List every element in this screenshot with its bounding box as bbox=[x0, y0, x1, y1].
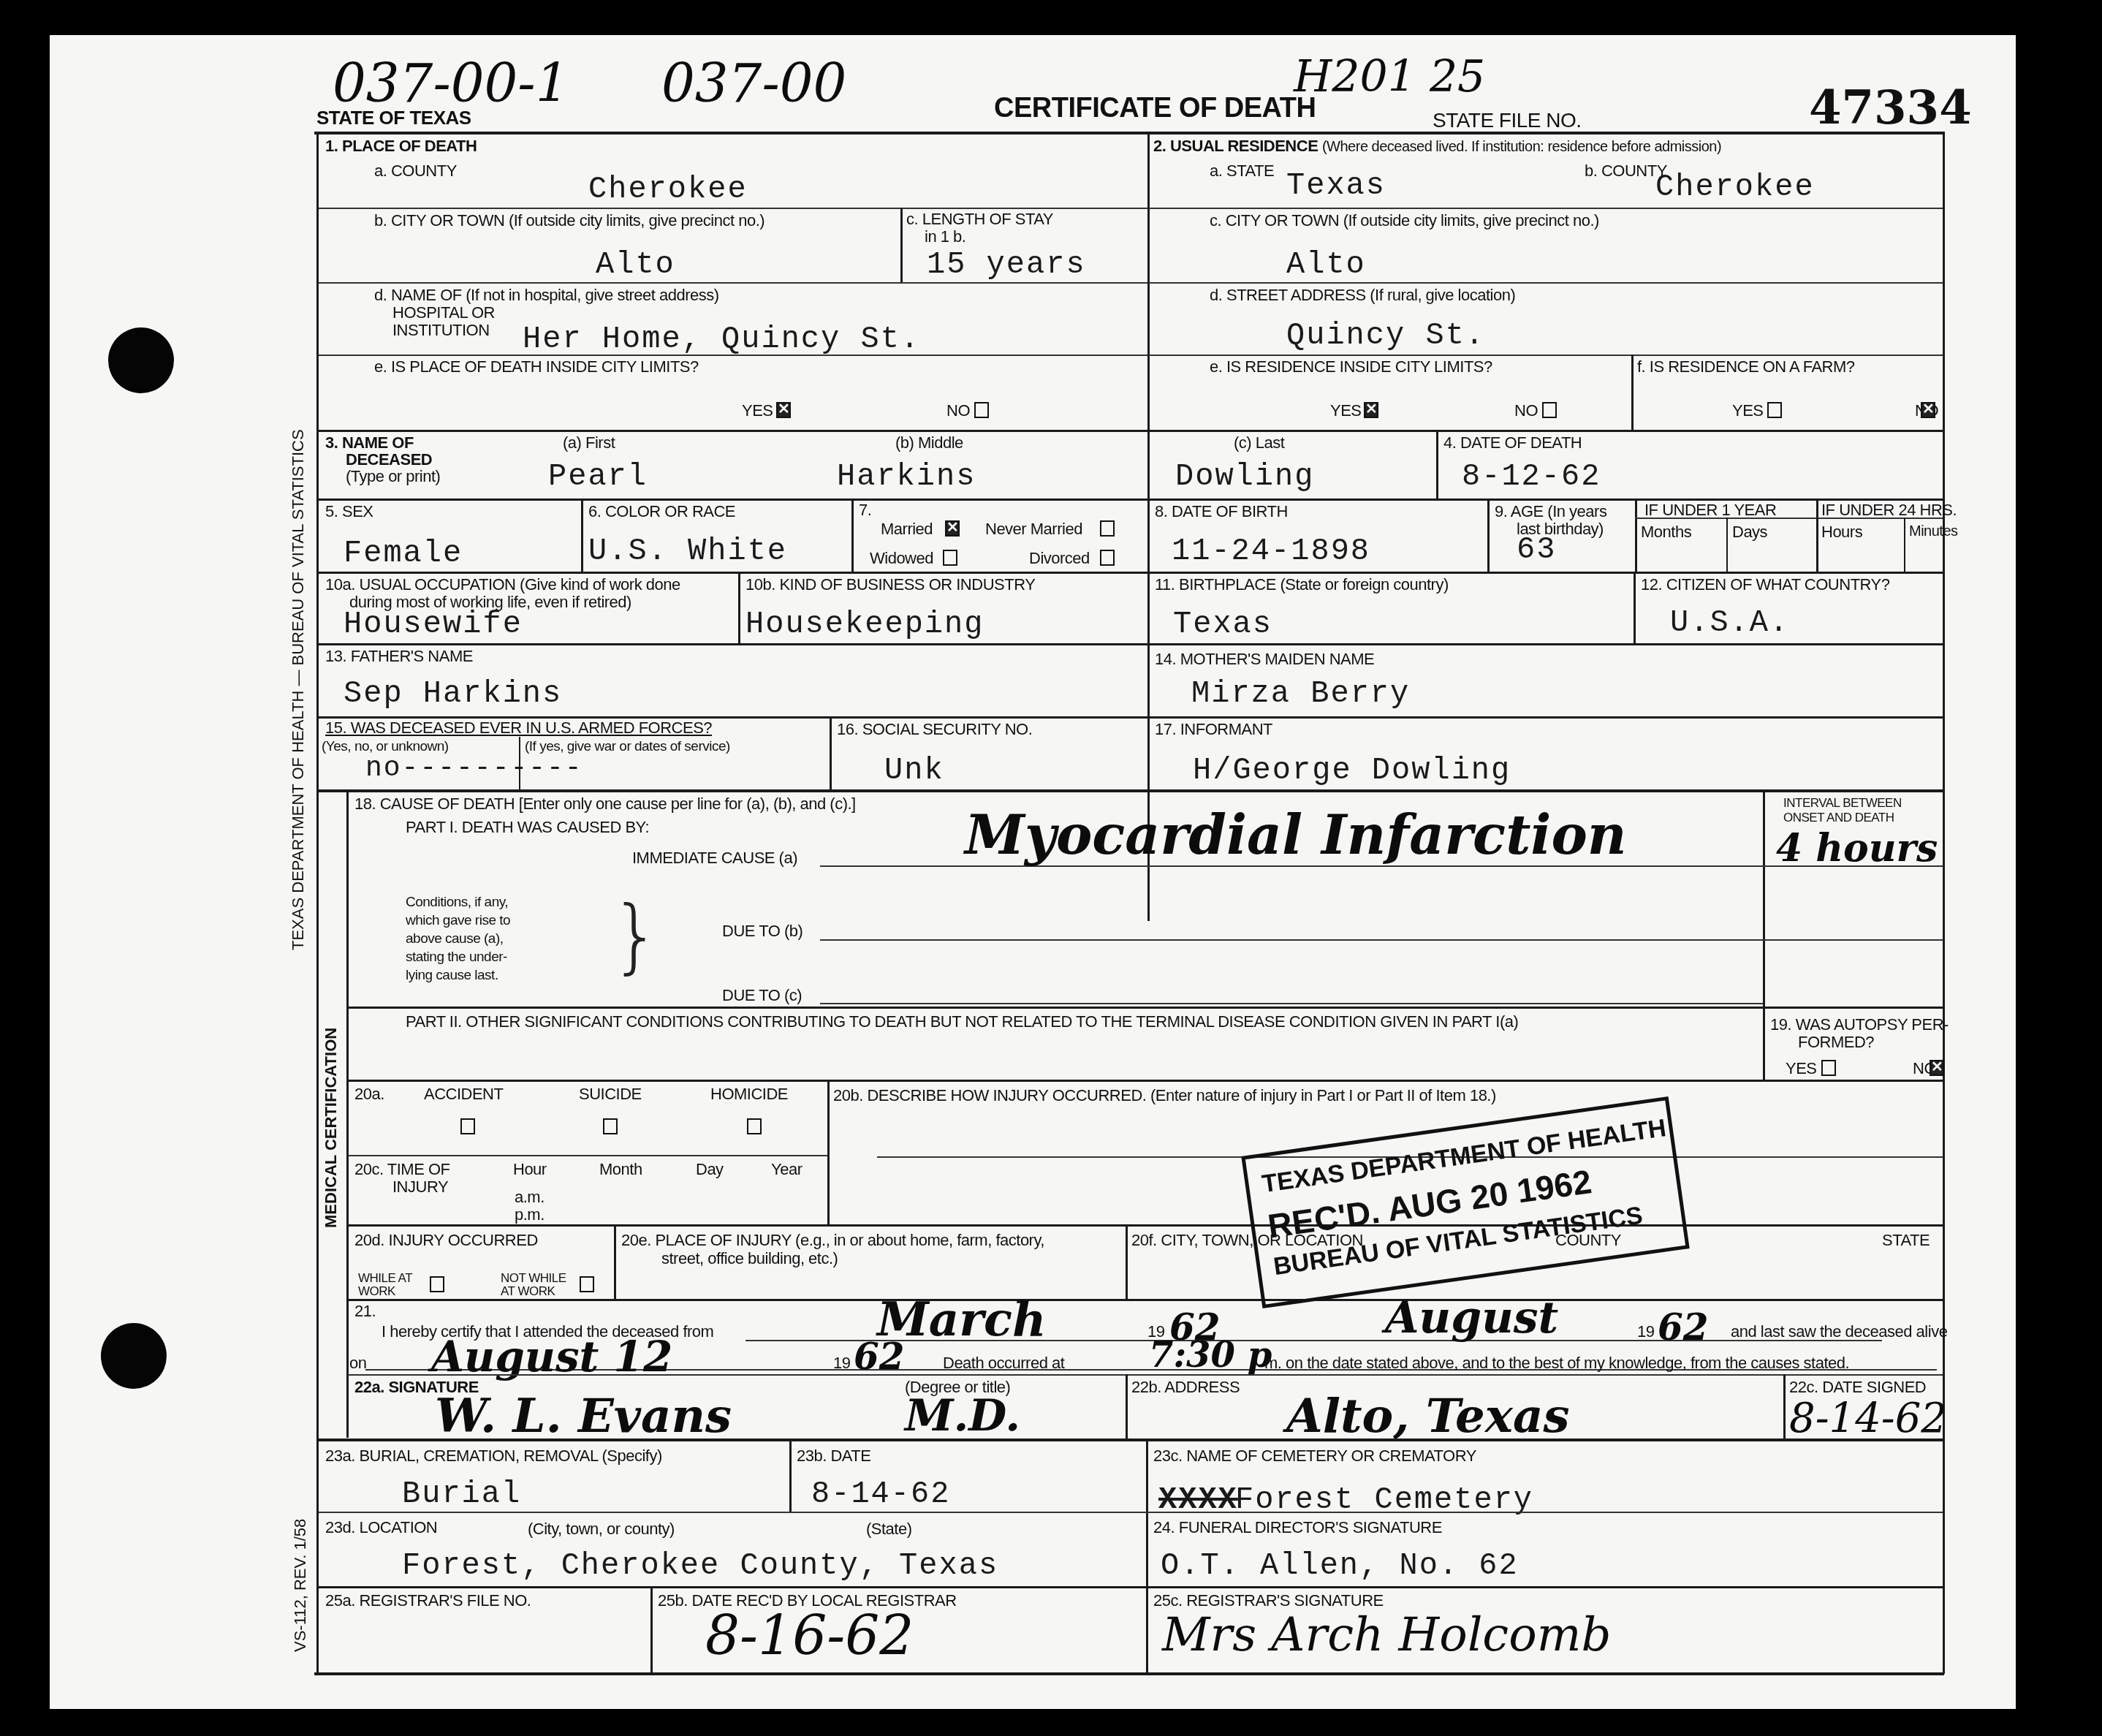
on-year-value: 62 bbox=[854, 1335, 905, 1378]
hospital-label: d. NAME OF (If not in hospital, give str… bbox=[374, 287, 719, 304]
hours-label: Hours bbox=[1821, 523, 1862, 541]
date-signed-value: 8-14-62 bbox=[1789, 1395, 1947, 1442]
suicide-label: SUICIDE bbox=[579, 1085, 642, 1103]
mother-value: Mirza Berry bbox=[1191, 676, 1410, 711]
widowed-checkbox[interactable] bbox=[943, 550, 957, 566]
place-of-injury-label-2: street, office building, etc.) bbox=[661, 1250, 838, 1267]
divider bbox=[581, 499, 583, 572]
address-label: 22b. ADDRESS bbox=[1131, 1379, 1240, 1396]
informant-label: 17. INFORMANT bbox=[1155, 721, 1272, 738]
divider bbox=[1634, 572, 1636, 643]
hospital-label-2: HOSPITAL OR bbox=[392, 304, 495, 322]
race-label: 6. COLOR OR RACE bbox=[588, 503, 735, 520]
divider bbox=[348, 1224, 1943, 1227]
bracket-icon: } bbox=[610, 895, 661, 976]
res-state-value: Texas bbox=[1286, 168, 1386, 203]
sex-label: 5. SEX bbox=[325, 503, 373, 520]
farm-yes-checkbox[interactable] bbox=[1767, 402, 1782, 418]
farm-label: f. IS RESIDENCE ON A FARM? bbox=[1637, 358, 1855, 376]
ssn-value: Unk bbox=[884, 753, 944, 788]
res-city-value: Alto bbox=[1286, 247, 1366, 282]
day-label: Day bbox=[696, 1161, 724, 1178]
frame-left bbox=[316, 132, 319, 1674]
divider bbox=[614, 1224, 616, 1299]
inside-city-no-checkbox[interactable] bbox=[974, 402, 989, 418]
res-county-value: Cherokee bbox=[1655, 170, 1815, 205]
divider bbox=[789, 1440, 792, 1512]
hospital-value: Her Home, Quincy St. bbox=[523, 322, 920, 357]
homicide-label: HOMICIDE bbox=[710, 1085, 788, 1103]
industry-value: Housekeeping bbox=[745, 607, 984, 642]
autopsy-label-2: FORMED? bbox=[1798, 1034, 1874, 1051]
first-name-label: (a) First bbox=[563, 434, 615, 452]
injury-state-label: STATE bbox=[1882, 1232, 1930, 1249]
date-of-death-label: 4. DATE OF DEATH bbox=[1443, 434, 1582, 452]
immediate-cause-value: Myocardial Infarction bbox=[965, 804, 1627, 867]
stay-value: 15 years bbox=[927, 247, 1086, 282]
suicide-checkbox[interactable] bbox=[603, 1118, 618, 1134]
stay-label-2: in 1 b. bbox=[925, 228, 965, 246]
divider bbox=[319, 355, 1147, 356]
interval-value: 4 hours bbox=[1776, 826, 1938, 871]
page-title: CERTIFICATE OF DEATH bbox=[994, 94, 1316, 124]
residence-heading-text: 2. USUAL RESIDENCE bbox=[1153, 137, 1318, 155]
divider bbox=[319, 572, 1943, 574]
divorced-label: Divorced bbox=[1029, 550, 1090, 567]
death-at-label: Death occurred at bbox=[943, 1354, 1064, 1372]
inside-city-yes-checkbox[interactable]: ✕ bbox=[776, 402, 791, 418]
not-while-at-work-checkbox[interactable] bbox=[580, 1276, 594, 1292]
divorced-checkbox[interactable] bbox=[1100, 550, 1115, 566]
divider bbox=[319, 282, 1147, 284]
inside-city-label: e. IS PLACE OF DEATH INSIDE CITY LIMITS? bbox=[374, 358, 699, 376]
physician-signature: W. L. Evans bbox=[435, 1389, 732, 1444]
conditions-note-2: which gave rise to bbox=[406, 914, 510, 929]
accident-checkbox[interactable] bbox=[460, 1118, 475, 1134]
divider bbox=[1146, 1440, 1148, 1672]
time-of-injury-label: 20c. TIME OF bbox=[354, 1161, 450, 1178]
divider bbox=[1726, 518, 1728, 572]
injury-20b-label: 20b. DESCRIBE HOW INJURY OCCURRED. (Ente… bbox=[833, 1087, 1496, 1104]
death-time-value: 7:30 p bbox=[1149, 1335, 1272, 1376]
not-while-at-work-label: NOT WHILE bbox=[501, 1272, 566, 1286]
dob-label: 8. DATE OF BIRTH bbox=[1155, 503, 1288, 520]
divider bbox=[319, 789, 1943, 792]
res-city-label: c. CITY OR TOWN (If outside city limits,… bbox=[1210, 212, 1599, 230]
industry-label: 10b. KIND OF BUSINESS OR INDUSTRY bbox=[745, 576, 1035, 594]
citizen-label: 12. CITIZEN OF WHAT COUNTRY? bbox=[1641, 576, 1889, 594]
line bbox=[1763, 865, 1943, 867]
divider bbox=[1126, 1224, 1128, 1299]
age-value: 63 bbox=[1517, 532, 1556, 567]
while-at-work-checkbox[interactable] bbox=[430, 1276, 444, 1292]
days-label: Days bbox=[1732, 523, 1767, 541]
divider bbox=[348, 1299, 1943, 1301]
burial-date-value: 8-14-62 bbox=[811, 1477, 950, 1512]
minutes-label: Minutes bbox=[1909, 523, 1958, 539]
place-of-death-heading: 1. PLACE OF DEATH bbox=[325, 137, 477, 155]
month-label: Month bbox=[599, 1161, 642, 1178]
burial-date-label: 23b. DATE bbox=[797, 1447, 870, 1465]
under-24-hrs-label: IF UNDER 24 HRS. bbox=[1821, 501, 1957, 519]
divider bbox=[1631, 355, 1634, 430]
divider bbox=[1783, 1374, 1786, 1440]
handwritten-note: H201 25 bbox=[1294, 51, 1485, 102]
accident-label: ACCIDENT bbox=[424, 1085, 503, 1103]
handwritten-code-1: 037-00-1 bbox=[333, 53, 569, 114]
burial-method-label: 23a. BURIAL, CREMATION, REMOVAL (Specify… bbox=[325, 1447, 662, 1465]
medical-section-border bbox=[346, 791, 349, 1438]
divider bbox=[1635, 499, 1637, 572]
residence-heading-note: (Where deceased lived. If institution: r… bbox=[1322, 139, 1721, 155]
part1-label: PART I. DEATH WAS CAUSED BY: bbox=[406, 819, 649, 836]
ssn-label: 16. SOCIAL SECURITY NO. bbox=[837, 721, 1032, 738]
line bbox=[820, 939, 1943, 941]
age-label: 9. AGE (In years bbox=[1495, 503, 1606, 520]
divider bbox=[319, 1512, 1943, 1513]
divider bbox=[1904, 518, 1905, 572]
last-name-label: (c) Last bbox=[1234, 434, 1284, 452]
no-label: NO bbox=[1514, 402, 1538, 420]
res-state-label: a. STATE bbox=[1210, 162, 1274, 180]
divider bbox=[319, 430, 1943, 432]
last-name-value: Dowling bbox=[1175, 459, 1314, 494]
frame-right bbox=[1943, 132, 1945, 1674]
divider bbox=[314, 1672, 1944, 1675]
state-file-label: STATE FILE NO. bbox=[1433, 110, 1582, 132]
yes-label: YES bbox=[1330, 402, 1362, 420]
department-side-label: TEXAS DEPARTMENT OF HEALTH — BUREAU OF V… bbox=[289, 429, 308, 950]
to-year-value: 62 bbox=[1658, 1305, 1709, 1349]
punch-hole bbox=[108, 327, 174, 393]
burial-method-value: Burial bbox=[402, 1477, 521, 1512]
conditions-note-1: Conditions, if any, bbox=[406, 895, 508, 911]
due-to-b-label: DUE TO (b) bbox=[722, 922, 803, 940]
marital-label: 7. bbox=[859, 501, 871, 519]
father-value: Sep Harkins bbox=[344, 676, 562, 711]
year-label: Year bbox=[771, 1161, 802, 1178]
death-city-value: Alto bbox=[596, 247, 675, 282]
divider bbox=[1763, 791, 1765, 1080]
autopsy-label: 19. WAS AUTOPSY PER- bbox=[1770, 1016, 1949, 1034]
state-label: STATE OF TEXAS bbox=[316, 107, 471, 129]
informant-value: H/George Dowling bbox=[1193, 753, 1511, 788]
divider bbox=[650, 1586, 653, 1672]
res-inside-label: e. IS RESIDENCE INSIDE CITY LIMITS? bbox=[1210, 358, 1492, 376]
place-of-injury-label: 20e. PLACE OF INJURY (e.g., in or about … bbox=[621, 1232, 1044, 1249]
hour-label: Hour bbox=[513, 1161, 547, 1178]
not-while-at-work-label-2: AT WORK bbox=[501, 1285, 555, 1299]
never-married-checkbox[interactable] bbox=[1100, 520, 1115, 537]
certification-text-3: m. on the date stated above, and to the … bbox=[1264, 1354, 1849, 1372]
location-sub-1: (City, town, or county) bbox=[528, 1520, 675, 1538]
degree-value: M.D. bbox=[905, 1390, 1020, 1441]
deceased-heading-2: DECEASED bbox=[346, 451, 432, 469]
never-married-label: Never Married bbox=[985, 520, 1082, 538]
death-county-value: Cherokee bbox=[588, 172, 748, 207]
divider bbox=[348, 1080, 1943, 1082]
year-prefix: 19 bbox=[1637, 1323, 1654, 1341]
while-at-work-label-2: WORK bbox=[358, 1285, 395, 1299]
occupation-label: 10a. USUAL OCCUPATION (Give kind of work… bbox=[325, 576, 680, 594]
funeral-director-value: O.T. Allen, No. 62 bbox=[1161, 1548, 1519, 1583]
divider bbox=[1149, 355, 1943, 356]
interval-label: INTERVAL BETWEEN bbox=[1783, 797, 1902, 811]
father-label: 13. FATHER'S NAME bbox=[325, 648, 473, 665]
divider bbox=[851, 499, 854, 572]
state-file-number: 47334 bbox=[1809, 80, 1972, 135]
yes-label: YES bbox=[1786, 1060, 1817, 1077]
column-divider bbox=[1147, 132, 1150, 921]
divider bbox=[319, 1439, 1943, 1441]
funeral-director-label: 24. FUNERAL DIRECTOR'S SIGNATURE bbox=[1153, 1519, 1442, 1536]
autopsy-yes-checkbox[interactable] bbox=[1821, 1060, 1836, 1076]
divider bbox=[1816, 499, 1818, 572]
first-name-value: Pearl bbox=[548, 459, 648, 494]
pm-label: p.m. bbox=[515, 1206, 545, 1224]
autopsy-no-checkbox[interactable]: ✕ bbox=[1930, 1060, 1944, 1076]
birthplace-label: 11. BIRTHPLACE (State or foreign country… bbox=[1155, 576, 1449, 594]
year-prefix: 19 bbox=[833, 1354, 850, 1372]
interval-label-2: ONSET AND DEATH bbox=[1783, 811, 1894, 825]
armed-forces-value: no---------- bbox=[365, 753, 583, 784]
date-of-death-value: 8-12-62 bbox=[1462, 459, 1601, 494]
burial-location-label: 23d. LOCATION bbox=[325, 1519, 437, 1536]
divider bbox=[314, 132, 1944, 134]
hospital-label-3: INSTITUTION bbox=[392, 322, 490, 339]
married-label: Married bbox=[881, 520, 933, 538]
res-street-value: Quincy St. bbox=[1286, 318, 1485, 353]
res-street-label: d. STREET ADDRESS (If rural, give locati… bbox=[1210, 287, 1515, 304]
registrar-signature: Mrs Arch Holcomb bbox=[1162, 1608, 1611, 1662]
homicide-checkbox[interactable] bbox=[747, 1118, 762, 1134]
certification-num: 21. bbox=[354, 1303, 376, 1320]
residence-heading: 2. USUAL RESIDENCE (Where deceased lived… bbox=[1153, 137, 1721, 155]
form-number: VS-112, REV. 1/58 bbox=[291, 1519, 310, 1652]
widowed-label: Widowed bbox=[870, 550, 933, 567]
conditions-note-3: above cause (a), bbox=[406, 932, 504, 947]
divider bbox=[348, 1374, 1943, 1376]
res-inside-yes-checkbox[interactable]: ✕ bbox=[1364, 402, 1378, 418]
months-label: Months bbox=[1641, 523, 1691, 541]
middle-name-label: (b) Middle bbox=[895, 434, 963, 452]
address-value: Alto, Texas bbox=[1286, 1389, 1569, 1444]
res-inside-no-checkbox[interactable] bbox=[1542, 402, 1557, 418]
birthplace-value: Texas bbox=[1173, 607, 1272, 642]
divider bbox=[1126, 1374, 1128, 1440]
race-value: U.S. White bbox=[588, 534, 787, 569]
middle-name-value: Harkins bbox=[837, 459, 976, 494]
no-label: NO bbox=[946, 402, 970, 420]
citizen-value: U.S.A. bbox=[1670, 605, 1789, 640]
time-of-injury-label-2: INJURY bbox=[392, 1178, 448, 1196]
county-label: a. COUNTY bbox=[374, 162, 457, 180]
medical-side-label: MEDICAL CERTIFICATION bbox=[322, 1028, 341, 1228]
divider bbox=[319, 1586, 1943, 1588]
stay-label: c. LENGTH OF STAY bbox=[906, 211, 1053, 228]
under-1-year-label: IF UNDER 1 YEAR bbox=[1644, 501, 1776, 519]
to-month-value: August bbox=[1385, 1292, 1558, 1343]
handwritten-code-2: 037-00 bbox=[661, 53, 846, 114]
am-label: a.m. bbox=[515, 1189, 545, 1206]
yes-label: YES bbox=[742, 402, 773, 420]
registrar-file-label: 25a. REGISTRAR'S FILE NO. bbox=[325, 1592, 531, 1610]
injury-20a-label: 20a. bbox=[354, 1085, 384, 1103]
married-checkbox[interactable]: ✕ bbox=[945, 520, 960, 537]
divider bbox=[1149, 282, 1943, 284]
divider bbox=[1487, 499, 1490, 572]
divider bbox=[827, 1080, 830, 1224]
divider bbox=[1436, 430, 1438, 499]
divider bbox=[738, 572, 740, 643]
city-label: b. CITY OR TOWN (If outside city limits,… bbox=[374, 212, 764, 230]
dob-value: 11-24-1898 bbox=[1172, 534, 1370, 569]
due-to-c-label: DUE TO (c) bbox=[722, 987, 802, 1004]
divider bbox=[900, 208, 903, 282]
while-at-work-label: WHILE AT bbox=[358, 1272, 412, 1286]
yes-label: YES bbox=[1732, 402, 1764, 420]
mother-label: 14. MOTHER'S MAIDEN NAME bbox=[1155, 651, 1374, 668]
on-label: on bbox=[349, 1354, 366, 1372]
part2-label: PART II. OTHER SIGNIFICANT CONDITIONS CO… bbox=[406, 1013, 1518, 1031]
divider bbox=[348, 1155, 827, 1156]
divider bbox=[1149, 208, 1943, 209]
conditions-note-5: lying cause last. bbox=[406, 969, 498, 984]
cemetery-label: 23c. NAME OF CEMETERY OR CREMATORY bbox=[1153, 1447, 1476, 1465]
cause-heading: 18. CAUSE OF DEATH [Enter only one cause… bbox=[354, 795, 856, 813]
immediate-cause-label: IMMEDIATE CAUSE (a) bbox=[632, 849, 797, 867]
farm-no-checkbox[interactable]: ✕ bbox=[1921, 402, 1935, 418]
deceased-heading: 3. NAME OF bbox=[325, 434, 414, 452]
divider bbox=[830, 716, 832, 789]
conditions-note-4: stating the under- bbox=[406, 950, 507, 966]
sex-value: Female bbox=[344, 536, 463, 571]
deceased-heading-3: (Type or print) bbox=[346, 468, 440, 485]
injury-occurred-label: 20d. INJURY OCCURRED bbox=[354, 1232, 538, 1249]
res-county-label: b. COUNTY bbox=[1585, 162, 1667, 180]
date-signed-label: 22c. DATE SIGNED bbox=[1789, 1379, 1926, 1396]
occupation-value: Housewife bbox=[344, 607, 523, 642]
divider bbox=[348, 1007, 1943, 1009]
registrar-signature-label: 25c. REGISTRAR'S SIGNATURE bbox=[1153, 1592, 1384, 1610]
divider bbox=[319, 208, 1147, 209]
burial-location-value: Forest, Cherokee County, Texas bbox=[402, 1548, 998, 1583]
certification-text-2: and last saw the deceased alive bbox=[1731, 1323, 1947, 1341]
punch-hole bbox=[101, 1323, 167, 1389]
divider bbox=[319, 643, 1943, 645]
armed-forces-label: 15. WAS DECEASED EVER IN U.S. ARMED FORC… bbox=[325, 719, 712, 737]
registrar-date-value: 8-16-62 bbox=[705, 1604, 914, 1667]
location-sub-2: (State) bbox=[866, 1520, 912, 1538]
line bbox=[820, 1003, 1763, 1004]
